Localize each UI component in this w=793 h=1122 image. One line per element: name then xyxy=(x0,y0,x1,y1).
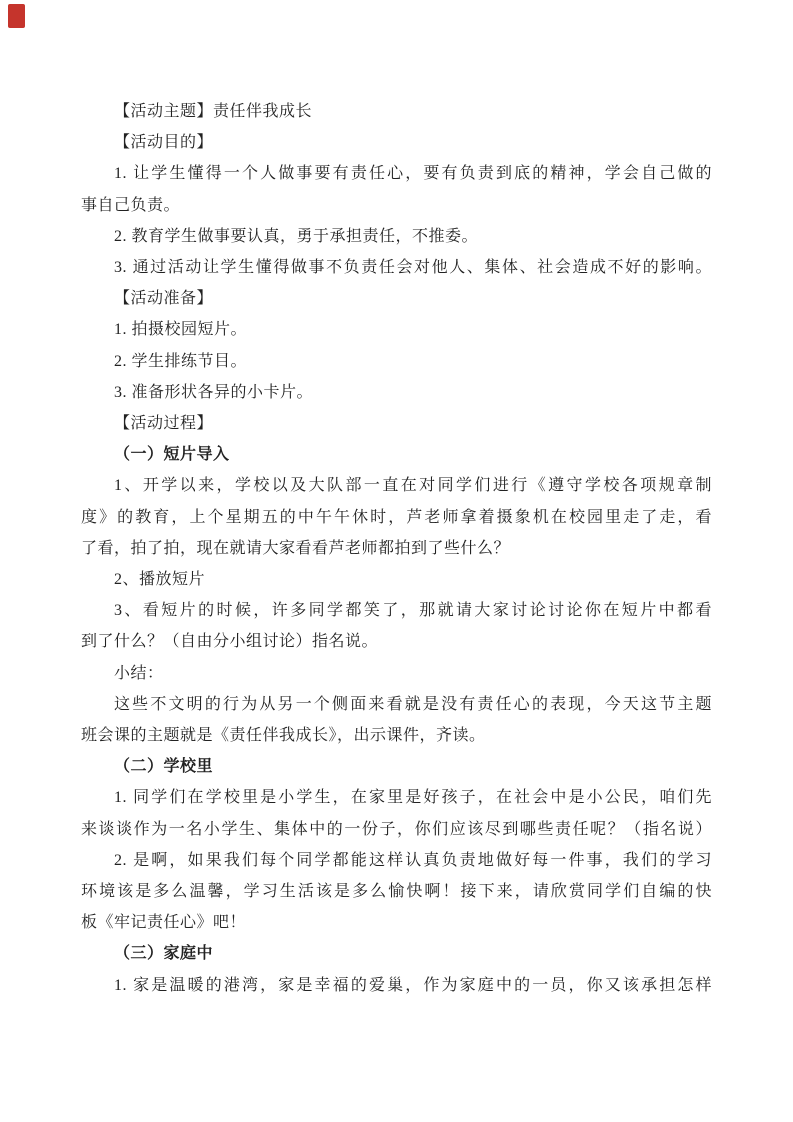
text-line: 3、看短片的时候，许多同学都笑了，那就请大家讨论讨论你在短片中都看 xyxy=(81,595,712,626)
text-line: 事自己负责。 xyxy=(81,190,712,221)
text-line: 了看，拍了拍，现在就请大家看看芦老师都拍到了些什么？ xyxy=(81,533,712,564)
text-line: 【活动目的】 xyxy=(81,127,712,158)
text-line: 2、播放短片 xyxy=(81,564,712,595)
text-line: 1. 让学生懂得一个人做事要有责任心，要有负责到底的精神，学会自己做的 xyxy=(81,158,712,189)
text-line: 2. 教育学生做事要认真，勇于承担责任，不推委。 xyxy=(81,221,712,252)
text-line: 小结： xyxy=(81,658,712,689)
text-line: 1. 拍摄校园短片。 xyxy=(81,314,712,345)
text-line: 这些不文明的行为从另一个侧面来看就是没有责任心的表现，今天这节主题 xyxy=(81,689,712,720)
text-line: 度》的教育，上个星期五的中午午休时，芦老师拿着摄象机在校园里走了走，看 xyxy=(81,502,712,533)
text-line: 1、开学以来，学校以及大队部一直在对同学们进行《遵守学校各项规章制 xyxy=(81,470,712,501)
text-line: 板《牢记责任心》吧！ xyxy=(81,907,712,938)
text-line: 1. 家是温暖的港湾，家是幸福的爱巢，作为家庭中的一员，你又该承担怎样 xyxy=(81,970,712,1001)
text-line: 2. 学生排练节目。 xyxy=(81,346,712,377)
text-line: 2. 是啊，如果我们每个同学都能这样认真负责地做好每一件事，我们的学习 xyxy=(81,845,712,876)
text-line: 【活动过程】 xyxy=(81,408,712,439)
text-line: 【活动准备】 xyxy=(81,283,712,314)
corner-logo-mark xyxy=(8,4,25,28)
text-line: 1. 同学们在学校里是小学生，在家里是好孩子，在社会中是小公民，咱们先 xyxy=(81,782,712,813)
document-page: 【活动主题】责任伴我成长【活动目的】1. 让学生懂得一个人做事要有责任心，要有负… xyxy=(0,0,793,1122)
text-line: 【活动主题】责任伴我成长 xyxy=(81,96,712,127)
text-line: 3. 通过活动让学生懂得做事不负责任会对他人、集体、社会造成不好的影响。 xyxy=(81,252,712,283)
text-line: 3. 准备形状各异的小卡片。 xyxy=(81,377,712,408)
text-line: （一）短片导入 xyxy=(81,439,712,470)
text-line: （二）学校里 xyxy=(81,751,712,782)
text-line: 班会课的主题就是《责任伴我成长》，出示课件，齐读。 xyxy=(81,720,712,751)
document-lines: 【活动主题】责任伴我成长【活动目的】1. 让学生懂得一个人做事要有责任心，要有负… xyxy=(81,96,712,1001)
document-text-block: 【活动主题】责任伴我成长【活动目的】1. 让学生懂得一个人做事要有责任心，要有负… xyxy=(81,96,712,1001)
text-line: （三）家庭中 xyxy=(81,938,712,969)
text-line: 到了什么？（自由分小组讨论）指名说。 xyxy=(81,626,712,657)
text-line: 环境该是多么温馨，学习生活该是多么愉快啊！接下来，请欣赏同学们自编的快 xyxy=(81,876,712,907)
text-line: 来谈谈作为一名小学生、集体中的一份子，你们应该尽到哪些责任呢？（指名说） xyxy=(81,814,712,845)
